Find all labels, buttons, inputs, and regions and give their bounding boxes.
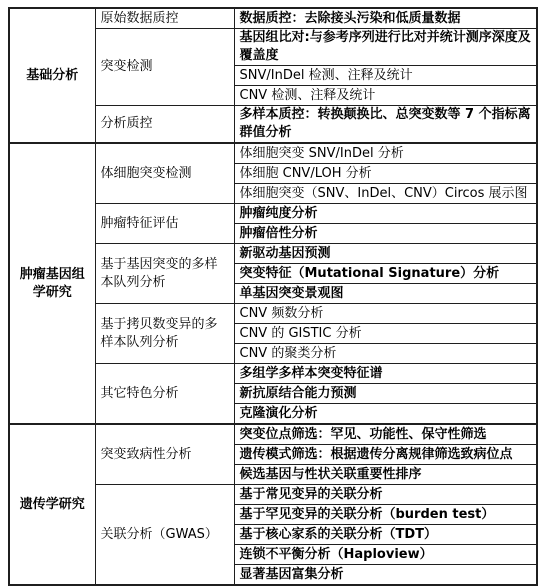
- analysis-item-cell: CNV 的 GISTIC 分析: [234, 324, 537, 344]
- category-cell: 基础分析: [9, 8, 95, 143]
- table-row: 肿瘤基因组学研究体细胞突变检测体细胞突变 SNV/InDel 分析: [9, 143, 537, 164]
- table-row: 遗传学研究突变致病性分析突变位点筛选：罕见、功能性、保守性筛选: [9, 424, 537, 445]
- group-cell: 突变致病性分析: [95, 424, 234, 485]
- analysis-item-cell: 突变位点筛选：罕见、功能性、保守性筛选: [234, 424, 537, 445]
- analysis-item-cell: CNV 的聚类分析: [234, 344, 537, 364]
- category-cell: 肿瘤基因组学研究: [9, 143, 95, 424]
- analysis-table-body: 基础分析原始数据质控数据质控：去除接头污染和低质量数据突变检测基因组比对:与参考…: [9, 8, 537, 585]
- analysis-item-cell: 新驱动基因预测: [234, 244, 537, 264]
- analysis-item-cell: 多样本质控：转换颠换比、总突变数等 7 个指标离群值分析: [234, 106, 537, 144]
- category-cell: 遗传学研究: [9, 424, 95, 585]
- analysis-item-cell: 体细胞突变 SNV/InDel 分析: [234, 143, 537, 164]
- analysis-item-cell: 体细胞 CNV/LOH 分析: [234, 164, 537, 184]
- group-cell: 原始数据质控: [95, 8, 234, 29]
- analysis-item-cell: CNV 频数分析: [234, 304, 537, 324]
- analysis-item-cell: 突变特征（Mutational Signature）分析: [234, 264, 537, 284]
- analysis-item-cell: 遗传模式筛选：根据遗传分离规律筛选致病位点: [234, 445, 537, 465]
- group-cell: 肿瘤特征评估: [95, 204, 234, 244]
- analysis-item-cell: 克隆演化分析: [234, 404, 537, 425]
- group-cell: 基于基因突变的多样本队列分析: [95, 244, 234, 304]
- group-cell: 其它特色分析: [95, 364, 234, 425]
- analysis-item-cell: 单基因突变景观图: [234, 284, 537, 304]
- analysis-item-cell: 肿瘤纯度分析: [234, 204, 537, 224]
- analysis-item-cell: 数据质控：去除接头污染和低质量数据: [234, 8, 537, 29]
- table-row: 基础分析原始数据质控数据质控：去除接头污染和低质量数据: [9, 8, 537, 29]
- analysis-item-cell: 基于核心家系的关联分析（TDT）: [234, 525, 537, 545]
- group-cell: 分析质控: [95, 106, 234, 144]
- analysis-item-cell: SNV/InDel 检测、注释及统计: [234, 66, 537, 86]
- analysis-services-table: 基础分析原始数据质控数据质控：去除接头污染和低质量数据突变检测基因组比对:与参考…: [8, 7, 538, 586]
- analysis-item-cell: 基因组比对:与参考序列进行比对并统计测序深度及覆盖度: [234, 29, 537, 66]
- analysis-item-cell: 显著基因富集分析: [234, 565, 537, 586]
- analysis-item-cell: 基于常见变异的关联分析: [234, 485, 537, 505]
- analysis-item-cell: 体细胞突变（SNV、InDel、CNV）Circos 展示图: [234, 184, 537, 204]
- document-page: 基础分析原始数据质控数据质控：去除接头污染和低质量数据突变检测基因组比对:与参考…: [0, 0, 542, 581]
- group-cell: 关联分析（GWAS）: [95, 485, 234, 586]
- analysis-item-cell: 连锁不平衡分析（Haploview）: [234, 545, 537, 565]
- analysis-item-cell: CNV 检测、注释及统计: [234, 86, 537, 106]
- group-cell: 基于拷贝数变异的多样本队列分析: [95, 304, 234, 364]
- analysis-item-cell: 多组学多样本突变特征谱: [234, 364, 537, 384]
- group-cell: 突变检测: [95, 29, 234, 106]
- analysis-item-cell: 新抗原结合能力预测: [234, 384, 537, 404]
- analysis-item-cell: 基于罕见变异的关联分析（burden test）: [234, 505, 537, 525]
- group-cell: 体细胞突变检测: [95, 143, 234, 204]
- analysis-item-cell: 候选基因与性状关联重要性排序: [234, 465, 537, 485]
- analysis-item-cell: 肿瘤倍性分析: [234, 224, 537, 244]
